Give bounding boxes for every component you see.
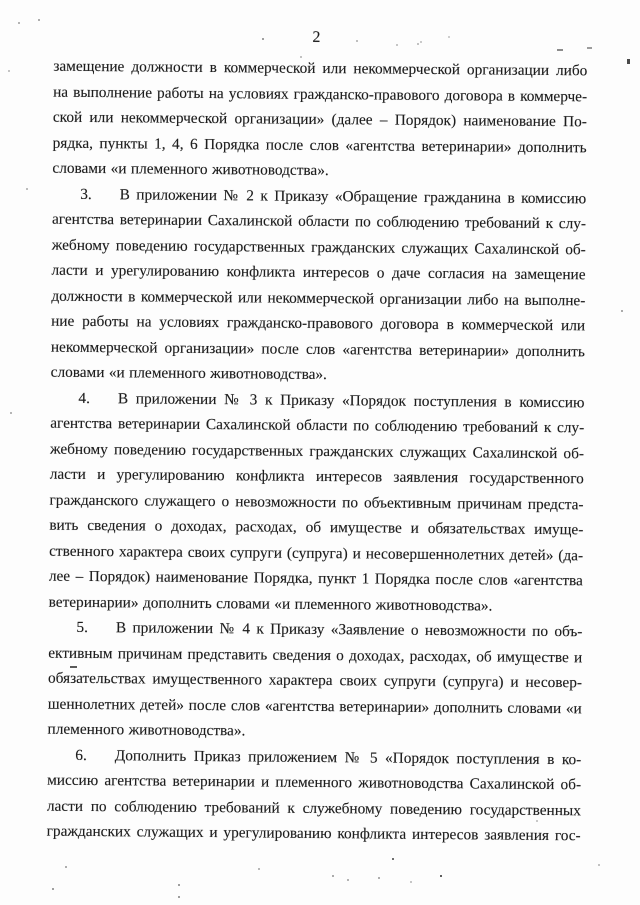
scan-content: 2 замещение должности в коммерческой или… — [0, 0, 640, 905]
paragraph-number: 5. — [76, 619, 88, 636]
text-line: миссию агентства ветеринарии и племенног… — [47, 768, 581, 798]
text-line: ласти и урегулированию конфликта интерес… — [51, 258, 585, 288]
paragraph: 6.Дополнить Приказ приложением № 5 «Поря… — [47, 742, 582, 849]
text-line: замещение должности в коммерческой или н… — [53, 54, 587, 84]
text-line: агентства ветеринарии Сахалинской област… — [50, 411, 584, 441]
paragraph-number: 3. — [80, 185, 92, 202]
paragraph: замещение должности в коммерческой или н… — [52, 54, 587, 186]
text-line: агентства ветеринарии Сахалинской област… — [52, 207, 586, 237]
document-body: замещение должности в коммерческой или н… — [47, 54, 588, 849]
text-line: ние работы на условиях гражданско-правов… — [51, 309, 585, 339]
page-number: 2 — [0, 26, 637, 50]
text-line: лее – Порядок) наименование Порядка, пун… — [49, 564, 583, 594]
paragraph-number: 6. — [75, 746, 87, 763]
text-line: племенного животноводства». — [47, 717, 581, 747]
paragraph: 4.В приложении № 3 к Приказу «Порядок по… — [49, 385, 585, 619]
text-line: словами «и племенного животноводства». — [51, 360, 585, 390]
paragraph-number: 4. — [78, 389, 90, 406]
scanned-document-page: 2 замещение должности в коммерческой или… — [0, 0, 640, 905]
text-line: обязательствах имущественного характера … — [48, 666, 582, 696]
text-line: словами «и племенного животноводства». — [52, 156, 586, 186]
text-line: ласти и урегулированию конфликта интерес… — [50, 462, 584, 492]
paragraph: 3.В приложении № 2 к Приказу «Обращение … — [51, 181, 587, 390]
text-line: гражданских служащих и урегулированию ко… — [47, 819, 581, 849]
text-line: вить сведения о доходах, расходах, об им… — [49, 513, 583, 543]
text-line: 5.В приложении № 4 к Приказу «Заявление … — [48, 615, 582, 645]
paragraph: 5.В приложении № 4 к Приказу «Заявление … — [47, 615, 582, 747]
text-line: ской или некоммерческой организации» (да… — [53, 105, 587, 135]
scan-noise-specks — [0, 0, 2, 2]
